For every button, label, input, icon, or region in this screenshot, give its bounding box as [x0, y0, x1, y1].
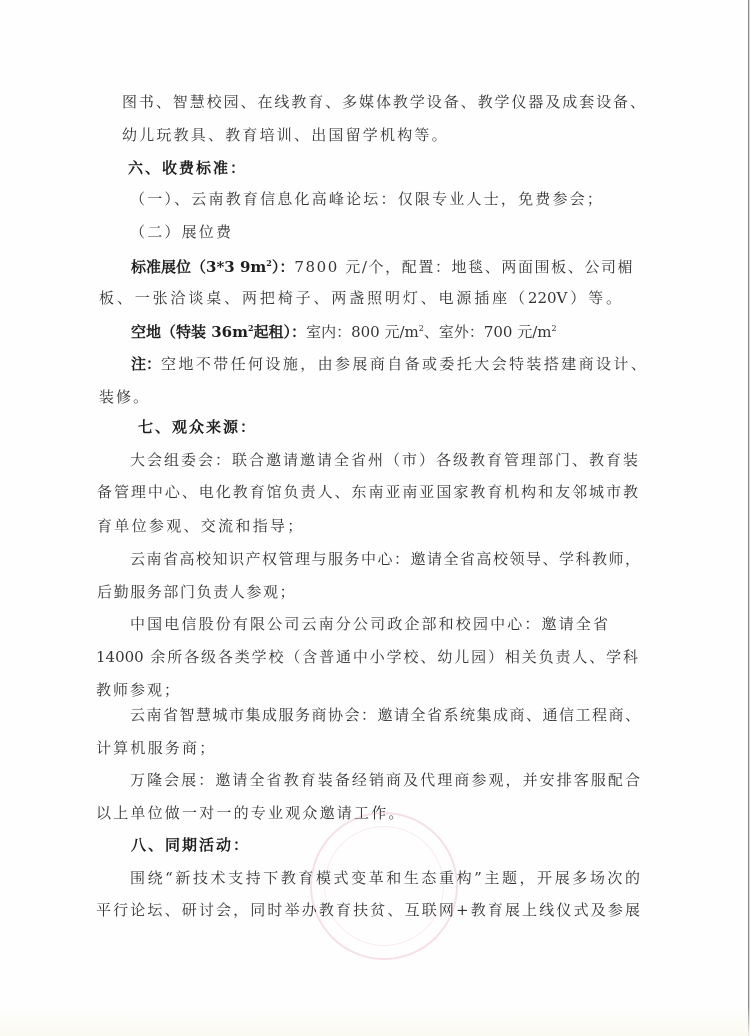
body-line: 14000 余所各级各类学校（含普通中小学校、幼儿园）相关负责人、学科 [96, 646, 638, 668]
section-heading-6: 六、收费标准： [128, 157, 247, 179]
label-colon: ）： [272, 258, 295, 276]
superscript: 2 [552, 324, 557, 333]
section-heading-7: 七、观众来源： [138, 416, 257, 438]
body-line: 后勤服务部门负责人参观； [97, 581, 296, 603]
body-line: 中国电信股份有限公司云南分公司政企部和校园中心：邀请全省 [130, 613, 608, 635]
outdoor-price: 、室外：700 元/m [424, 323, 552, 341]
open-space-line: 空地（特装 36m2起租）：室内：800 元/m2、室外：700 元/m2 [131, 321, 557, 343]
body-line: 备管理中心、电化教育馆负责人、东南亚南亚国家教育机构和友邻城市教 [97, 481, 638, 503]
note-line: 注：空地不带任何设施，由参展商自备或委托大会特装搭建商设计、 [131, 353, 641, 375]
body-line: 云南省智慧城市集成服务商协会：邀请全省系统集成商、通信工程商、 [130, 704, 640, 726]
booth-standard-price: 7800 元/个，配置：地毯、两面围板、公司楣 [294, 258, 634, 276]
label-min-rent: 起租）： [254, 323, 307, 341]
note-text: 空地不带任何设施，由参展商自备或委托大会特装搭建商设计、 [161, 355, 648, 373]
body-line: 万隆会展：邀请全省教育装备经销商及代理商参观，并安排客服配合 [130, 769, 640, 791]
body-line: （一）、云南教育信息化高峰论坛：仅限专业人士，免费参会； [130, 188, 604, 210]
body-line: 平行论坛、研讨会，同时举办教育扶贫、互联网+教育展上线仪式及参展 [96, 899, 640, 921]
body-line: 育单位参观、交流和指导； [97, 515, 305, 537]
body-line: 围绕“新技术支持下教育模式变革和生态重构”主题，开展多场次的 [130, 867, 640, 889]
scan-tint [0, 1006, 750, 1036]
body-line: 计算机服务商； [96, 737, 216, 759]
body-line: 教师参观； [96, 679, 181, 701]
label-note: 注： [131, 355, 161, 373]
indoor-price: 室内：800 元/m [306, 323, 419, 341]
body-line: 板、一张洽谈桌、两把椅子、两盏照明灯、电源插座（220V）等。 [99, 287, 621, 309]
body-line: 装修。 [99, 386, 150, 408]
section-heading-8: 八、同期活动： [131, 834, 250, 856]
body-line: （二）展位费 [130, 221, 233, 243]
body-line: 图书、智慧校园、在线教育、多媒体教学设备、教学仪器及成套设备、 [122, 91, 645, 113]
booth-standard-line: 标准展位（3*3 9m2）：7800 元/个，配置：地毯、两面围板、公司楣 [131, 256, 641, 278]
body-line: 云南省高校知识产权管理与服务中心：邀请全省高校领导、学科教师， [130, 548, 640, 570]
label-standard-booth: 标准展位（3*3 9m [131, 258, 266, 276]
label-open-space: 空地（特装 36m [131, 323, 248, 341]
body-line: 幼儿玩教具、教育培训、出国留学机构等。 [122, 124, 449, 146]
body-line: 大会组委会：联合邀请邀请全省州（市）各级教育管理部门、教育装 [130, 449, 638, 471]
body-line: 以上单位做一对一的专业观众邀请工作。 [96, 802, 406, 824]
